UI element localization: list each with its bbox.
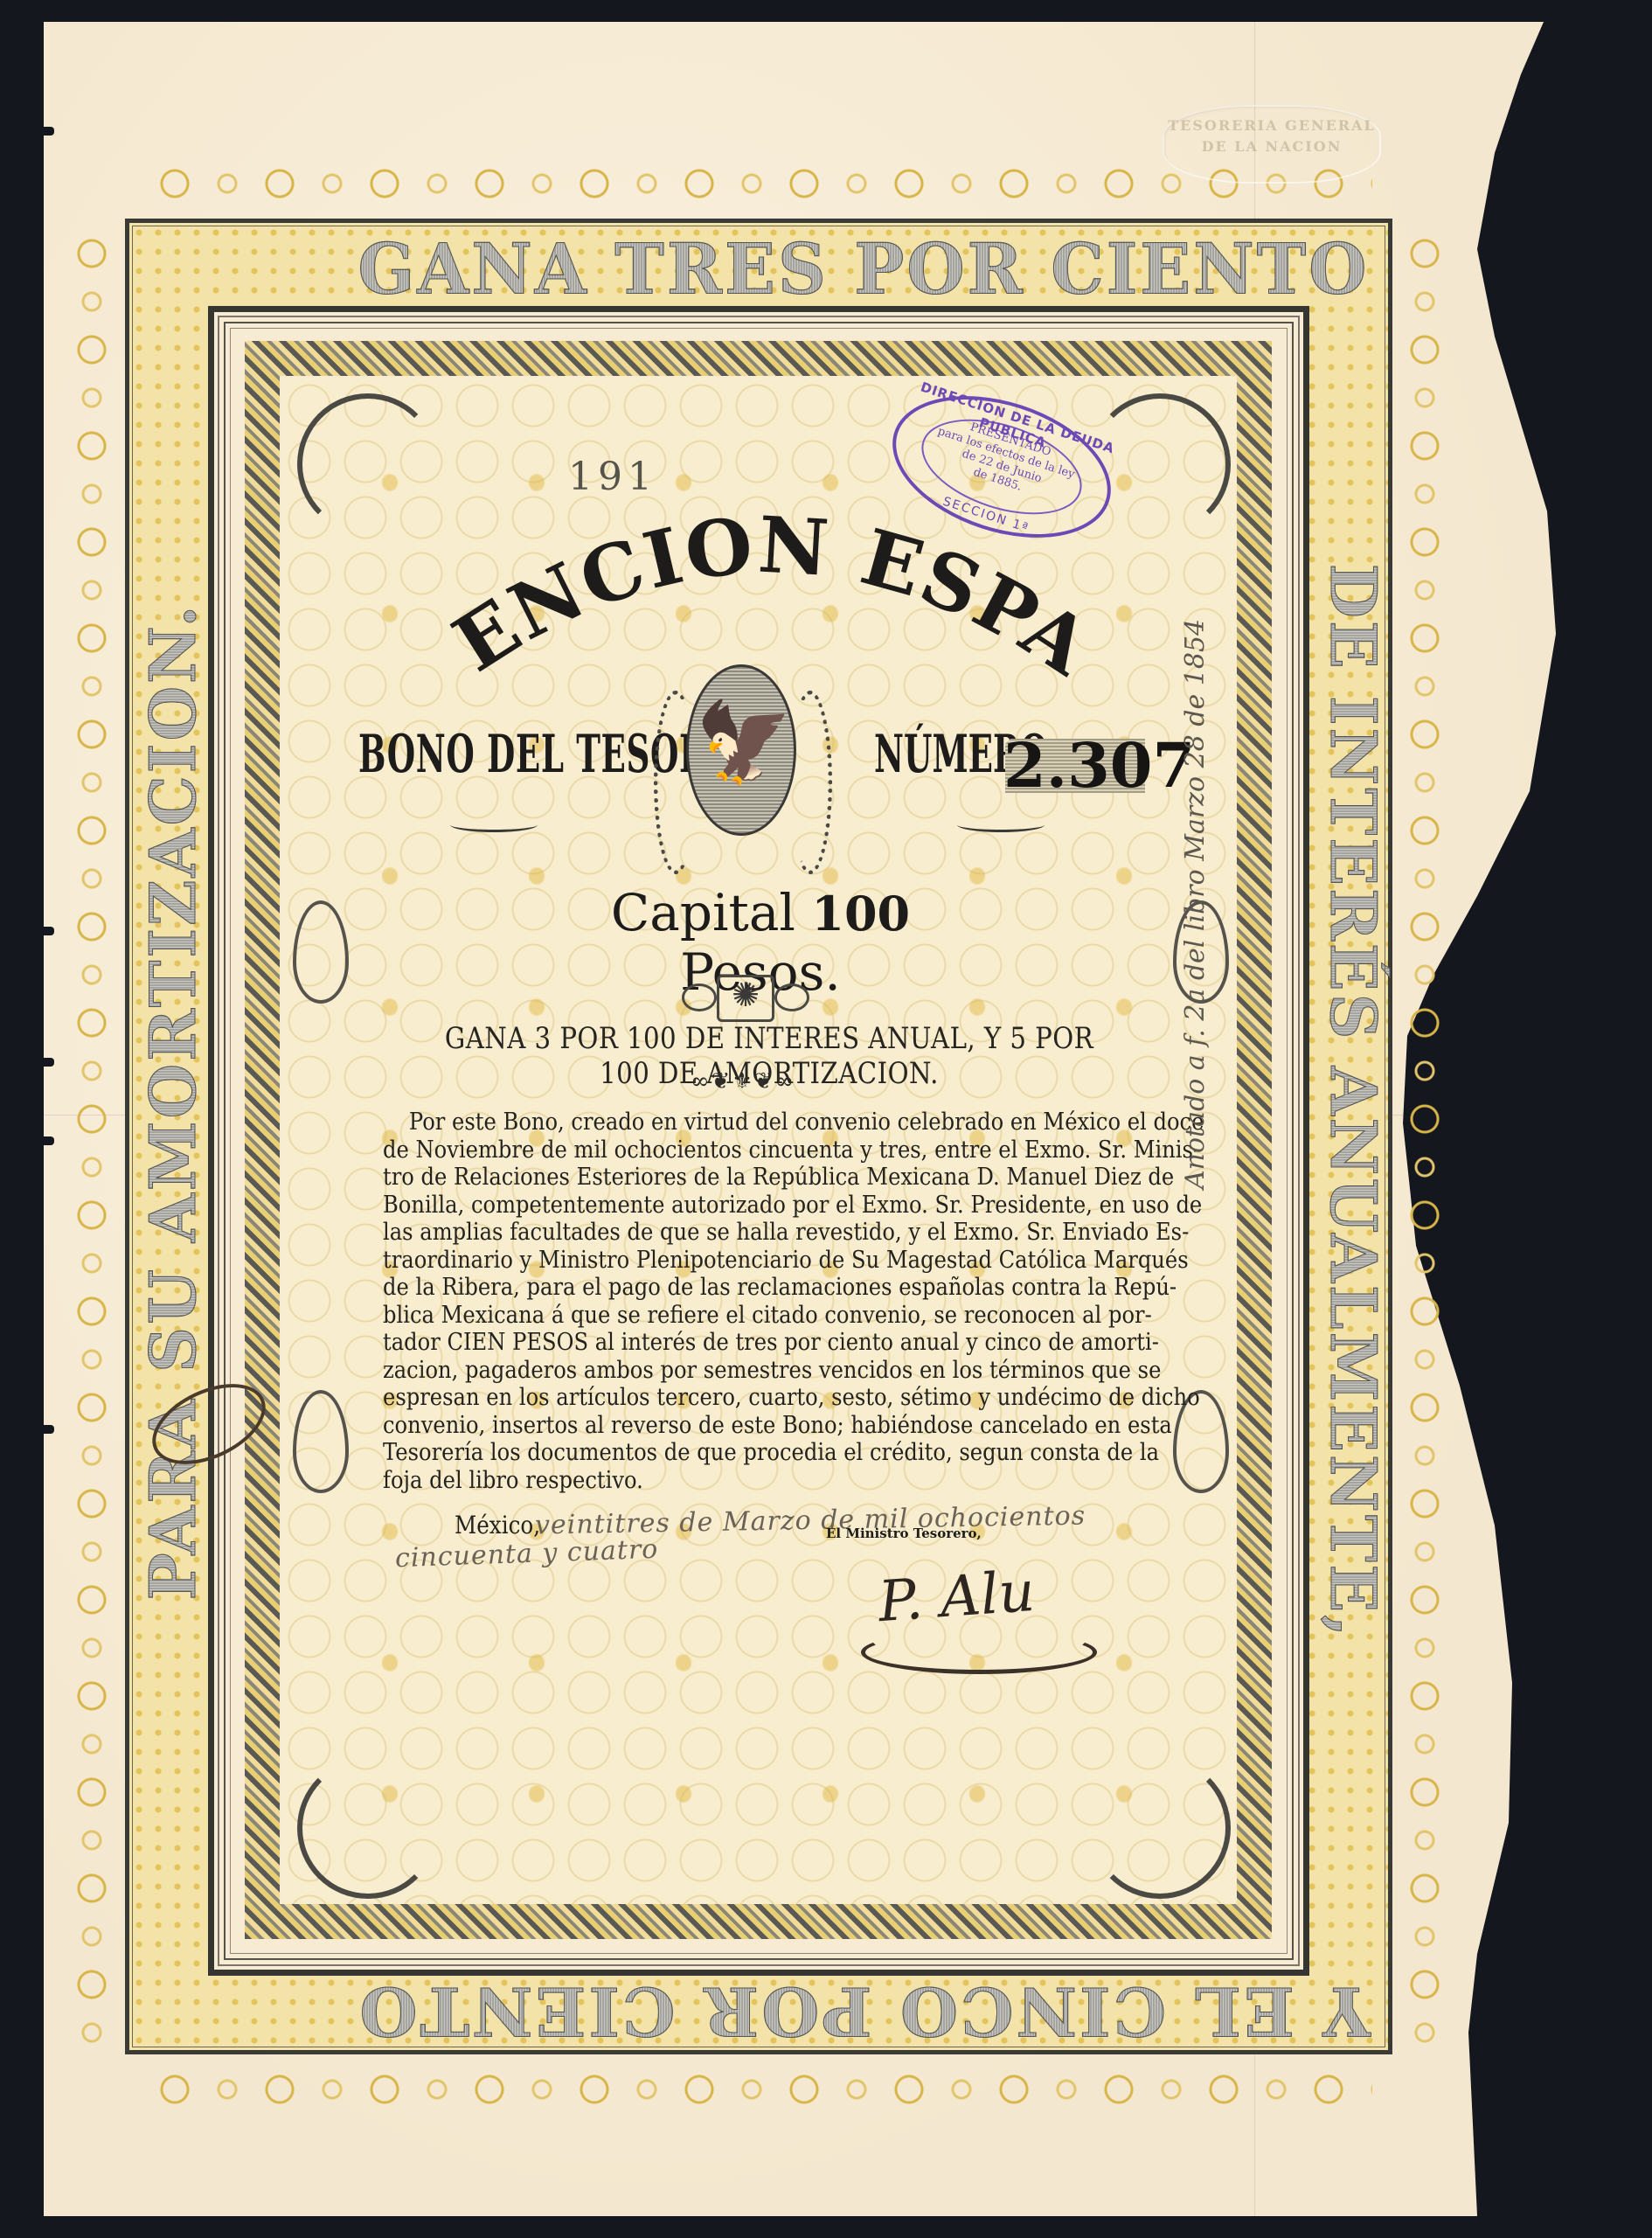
corner-ornament-bottom-right <box>1089 1757 1231 1899</box>
signature: P. Alu <box>877 1560 1037 1635</box>
signature-flourish <box>861 1630 1097 1674</box>
margin-handwritten-note: Anotado a f. 2a del libro Marzo 28 de 18… <box>1180 525 1211 1189</box>
paper-tear <box>35 127 54 136</box>
body-line: Por este Bono, creado en virtud del conv… <box>383 1109 1152 1136</box>
swash-ornament <box>957 817 1045 832</box>
paper-tear <box>35 927 54 935</box>
rosette-wing-left <box>682 983 717 1011</box>
embossed-seal: TESORERIA GENERAL DE LA NACION <box>1163 105 1381 184</box>
capital-prefix: Capital <box>611 883 795 942</box>
divider-ornament-icon: ∞❦⚜❦∞ <box>647 1068 839 1093</box>
rosette-ornament-icon <box>717 975 774 1022</box>
swash-ornament <box>450 817 538 832</box>
paper-tear <box>35 1425 54 1434</box>
border-text-left: PARA SU AMORTIZACION. <box>134 420 212 1783</box>
border-text-top: GANA TRES POR CIENTO <box>339 228 1388 311</box>
body-line: traordinario y Ministro Plenipotenciario… <box>383 1247 1152 1275</box>
place-label: México, <box>455 1511 540 1539</box>
border-text-bottom: Y EL CINCO POR CIENTO <box>339 1971 1388 2050</box>
body-line: blica Mexicana á que se refiere el citad… <box>383 1302 1152 1330</box>
body-line: de Noviembre de mil ochocientos cincuent… <box>383 1136 1152 1164</box>
body-line: las amplias facultades de que se halla r… <box>383 1219 1152 1247</box>
body-line: espresan en los artículos tercero, cuart… <box>383 1384 1152 1412</box>
serial-number: 191 <box>568 455 657 499</box>
embossed-seal-text: TESORERIA GENERAL DE LA NACION <box>1163 115 1381 157</box>
body-line: de la Ribera, para el pago de las reclam… <box>383 1274 1152 1302</box>
body-line: tador CIEN PESOS al interés de tres por … <box>383 1329 1152 1357</box>
wreath-right-icon <box>788 691 832 874</box>
body-line: foja del libro respectivo. <box>383 1467 1152 1495</box>
paper-tear <box>35 1058 54 1067</box>
corner-ornament-top-left <box>297 393 439 535</box>
body-line: Tesorería los documentos de que procedia… <box>383 1439 1152 1467</box>
body-line: Bonilla, competentemente autorizado por … <box>383 1192 1152 1220</box>
gold-scroll-left <box>70 227 114 2054</box>
rosette-wing-right <box>774 983 809 1011</box>
gold-scroll-bottom <box>149 2068 1372 2111</box>
gold-scroll-right <box>1403 227 1447 2054</box>
body-line: tro de Relaciones Esteriores de la Repúb… <box>383 1164 1152 1192</box>
paper-tear <box>35 1136 54 1145</box>
signatory-title: El Ministro Tesorero, <box>826 1526 982 1541</box>
bond-body-text: Por este Bono, creado en virtud del conv… <box>383 1109 1152 1494</box>
bond-number: 2.307 <box>1003 729 1147 802</box>
bond-label: BONO DEL TESORO <box>358 724 538 785</box>
capital-number: 100 <box>811 886 910 942</box>
corner-ornament-bottom-left <box>297 1757 439 1899</box>
body-line: zacion, pagaderos ambos por semestres ve… <box>383 1357 1152 1385</box>
border-text-right: DE INTERÉS ANUALMENTE, <box>1314 420 1392 1783</box>
body-line: convenio, insertos al reverso de este Bo… <box>383 1412 1152 1440</box>
eagle-icon: 🦅 <box>695 673 782 813</box>
